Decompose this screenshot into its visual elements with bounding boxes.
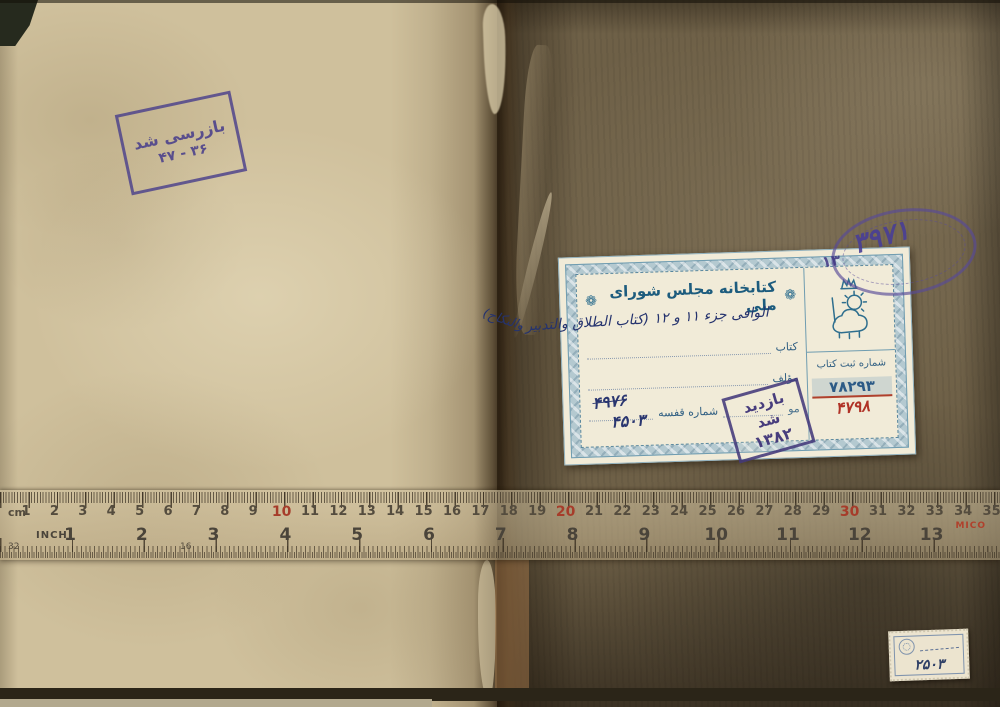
ruler-cm-number-2: 2 bbox=[50, 504, 59, 519]
ruler-cm-number-29: 29 bbox=[812, 504, 830, 519]
ruler-brand: MICO bbox=[955, 521, 986, 531]
ruler-cm-number-21: 21 bbox=[585, 504, 603, 519]
ruler-cm-number-28: 28 bbox=[784, 504, 802, 519]
ruler-cm-number-9: 9 bbox=[249, 504, 258, 519]
tag-number: ۲۵۰۳ bbox=[899, 653, 960, 677]
ruler-cm-number-23: 23 bbox=[642, 504, 660, 519]
book-scan: بازرسی شد ۳۶ - ۴۷ ۳۹۷۱ ۱۳ bbox=[0, 0, 1000, 707]
ruler: cm INCH 32 16 MICO 123456789101112131415… bbox=[0, 490, 1000, 560]
ruler-inch-number-7: 7 bbox=[495, 525, 507, 545]
ruler-cm-number-7: 7 bbox=[192, 504, 201, 519]
bookplate-main-area: ❁ کتابخانه مجلس شورای ملی ❁ کتاب مؤلف مو bbox=[576, 268, 808, 447]
ruler-inch-number-3: 3 bbox=[208, 525, 220, 545]
ruler-cm-number-10: 10 bbox=[272, 504, 291, 520]
ruler-cm-number-15: 15 bbox=[415, 504, 433, 519]
bottom-edge-highlight bbox=[0, 699, 432, 707]
ruler-cm-number-8: 8 bbox=[220, 504, 229, 519]
ruler-cm-number-6: 6 bbox=[163, 504, 172, 519]
ruler-cm-number-5: 5 bbox=[135, 504, 144, 519]
ruler-inch-number-10: 10 bbox=[704, 525, 728, 545]
ruler-cm-number-16: 16 bbox=[443, 504, 461, 519]
ruler-cm-number-33: 33 bbox=[926, 504, 944, 519]
ruler-inch-number-12: 12 bbox=[848, 525, 872, 545]
ruler-inch-number-1: 1 bbox=[64, 525, 76, 545]
tag-seal-icon bbox=[898, 638, 915, 655]
ruler-cm-number-25: 25 bbox=[699, 504, 717, 519]
ruler-cm-number-34: 34 bbox=[954, 504, 972, 519]
ruler-thirtysecond-ticks bbox=[0, 552, 1000, 558]
ruler-cm-number-18: 18 bbox=[500, 504, 518, 519]
ruler-cm-number-17: 17 bbox=[471, 504, 489, 519]
ruler-cm-number-31: 31 bbox=[869, 504, 887, 519]
corner-tag-inner: ۲۵۰۳ bbox=[893, 634, 964, 676]
ruler-32-denominator: 32 bbox=[8, 542, 19, 552]
corner-registration-tag: ۲۵۰۳ bbox=[888, 629, 970, 682]
gutter-brown-strip bbox=[495, 560, 529, 690]
ruler-cm-number-32: 32 bbox=[897, 504, 915, 519]
ruler-inch-number-2: 2 bbox=[136, 525, 148, 545]
ruler-cm-number-24: 24 bbox=[670, 504, 688, 519]
ruler-inch-unit-label: INCH bbox=[36, 530, 68, 541]
left-page-paper bbox=[0, 0, 500, 707]
ruler-cm-number-30: 30 bbox=[840, 504, 859, 520]
ruler-cm-number-14: 14 bbox=[386, 504, 404, 519]
struck-out-number: ۴۹۷۶ bbox=[591, 390, 627, 413]
ruler-inch-number-4: 4 bbox=[279, 525, 291, 545]
gutter-paper-fragment-bottom bbox=[478, 560, 496, 700]
rosette-icon: ❁ bbox=[585, 293, 597, 309]
ruler-cm-number-12: 12 bbox=[329, 504, 347, 519]
ruler-inch-number-9: 9 bbox=[638, 525, 650, 545]
shelf-field-label: شماره قفسه bbox=[658, 405, 718, 420]
ruler-inch-number-6: 6 bbox=[423, 525, 435, 545]
bookplate-inner: شماره ثبت کتاب ۷۸۲۹۳ ۴۷۹۸ ❁ کتابخانه مجل… bbox=[575, 264, 898, 448]
handwritten-shelf-number: ۴۵۰۳ bbox=[610, 410, 646, 431]
tag-script-squiggle bbox=[919, 640, 959, 651]
ruler-cm-number-26: 26 bbox=[727, 504, 745, 519]
ruler-cm-number-11: 11 bbox=[301, 504, 319, 519]
ruler-inch-number-13: 13 bbox=[920, 525, 944, 545]
book-field-label: کتاب bbox=[775, 340, 798, 354]
ruler-16-denominator: 16 bbox=[180, 542, 191, 552]
handwritten-partial-digits: ۱۳ bbox=[821, 251, 842, 271]
ruler-inch-number-8: 8 bbox=[567, 525, 579, 545]
top-edge-shadow bbox=[0, 0, 1000, 3]
ruler-inch-number-5: 5 bbox=[351, 525, 363, 545]
ruler-cm-number-19: 19 bbox=[528, 504, 546, 519]
ruler-cm-number-3: 3 bbox=[78, 504, 87, 519]
ruler-cm-number-27: 27 bbox=[755, 504, 773, 519]
ruler-cm-number-4: 4 bbox=[107, 504, 116, 519]
rosette-icon: ❁ bbox=[784, 287, 796, 303]
registration-number-label: شماره ثبت کتاب bbox=[807, 350, 896, 375]
ruler-cm-number-20: 20 bbox=[556, 504, 575, 520]
ruler-cm-number-13: 13 bbox=[358, 504, 376, 519]
ruler-inch-number-11: 11 bbox=[776, 525, 800, 545]
ruler-cm-number-35: 35 bbox=[983, 504, 1000, 519]
ruler-cm-number-22: 22 bbox=[613, 504, 631, 519]
ruler-cm-number-1: 1 bbox=[21, 504, 30, 519]
